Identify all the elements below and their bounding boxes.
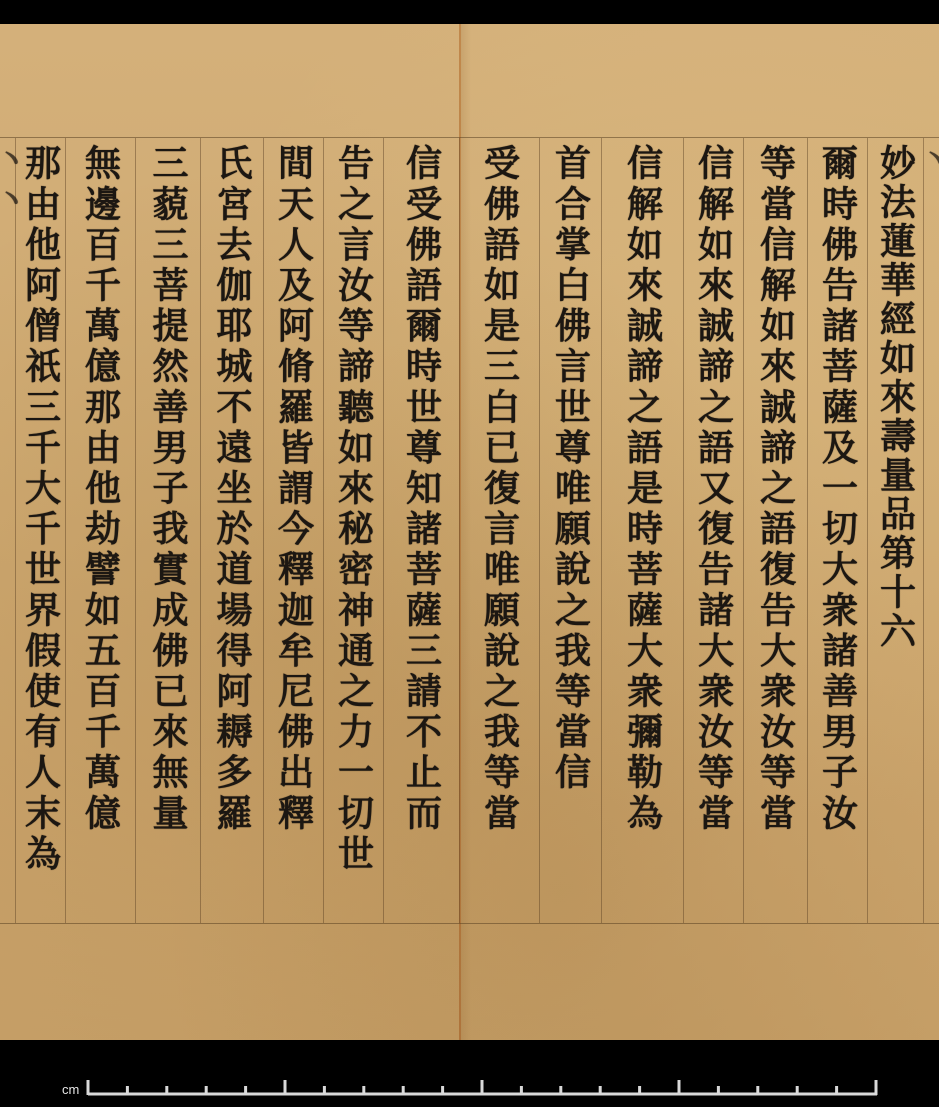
text-column-3: 等當信解如來誠諦之語復告大衆汝等當 (744, 138, 808, 923)
chapter-title: 妙法蓮華經如來壽量品第十六 (878, 144, 914, 651)
text-column-10: 間天人及阿脩羅皆謂今釋迦牟尼佛出釋 (264, 138, 324, 923)
text-column-11: 氏宮去伽耶城不遠坐於道場得阿耨多羅 (201, 138, 264, 923)
ruled-text-area: 丶丶 那由他阿僧祇三千大千世界假使有人末為 無邊百千萬億那由他劫譬如五百千萬億 … (0, 137, 939, 924)
column-text: 三藐三菩提然善男子我實成佛已來無量 (150, 144, 186, 834)
text-column-14: 那由他阿僧祇三千大千世界假使有人末為 (16, 138, 66, 923)
column-text: 首合掌白佛言世尊唯願說之我等當信 (553, 144, 589, 794)
scale-ruler (0, 1040, 939, 1107)
column-text: 受佛語如是三白已復言唯願說之我等當 (482, 144, 518, 834)
text-column-2: 爾時佛告諸菩薩及一切大衆諸善男子汝 (808, 138, 868, 923)
column-text: 爾時佛告諸菩薩及一切大衆諸善男子汝 (820, 144, 856, 834)
text-column-6: 首合掌白佛言世尊唯願說之我等當信 (540, 138, 602, 923)
column-text: 無邊百千萬億那由他劫譬如五百千萬億 (83, 144, 119, 834)
text-column-8: 信受佛語爾時世尊知諸菩薩三請不止而 (384, 138, 460, 923)
text-column-13: 無邊百千萬億那由他劫譬如五百千萬億 (66, 138, 136, 923)
column-text: 信解如來誠諦之語是時菩薩大衆彌勒為 (625, 144, 661, 834)
column-fragment-right: 丶 (924, 138, 939, 923)
text-column-7: 受佛語如是三白已復言唯願說之我等當 (460, 138, 540, 923)
chapter-title-column: 妙法蓮華經如來壽量品第十六 (868, 138, 924, 923)
column-text: 氏宮去伽耶城不遠坐於道場得阿耨多羅 (214, 144, 250, 834)
scale-bar: cm (0, 1040, 939, 1107)
text-column-12: 三藐三菩提然善男子我實成佛已來無量 (136, 138, 201, 923)
column-fragment-left: 丶丶 (0, 138, 16, 923)
column-text: 信解如來誠諦之語又復告諸大衆汝等當 (696, 144, 732, 834)
text-column-5: 信解如來誠諦之語是時菩薩大衆彌勒為 (602, 138, 684, 923)
column-text: 告之言汝等諦聽如來秘密神通之力一切世 (336, 144, 372, 875)
column-text: 等當信解如來誠諦之語復告大衆汝等當 (758, 144, 794, 834)
column-text: 信受佛語爾時世尊知諸菩薩三請不止而 (404, 144, 440, 834)
column-text: 那由他阿僧祇三千大千世界假使有人末為 (23, 144, 59, 875)
manuscript-sheet: 丶丶 那由他阿僧祇三千大千世界假使有人末為 無邊百千萬億那由他劫譬如五百千萬億 … (0, 24, 939, 1040)
column-fragment-text: 丶 (917, 144, 939, 184)
column-text: 間天人及阿脩羅皆謂今釋迦牟尼佛出釋 (276, 144, 312, 834)
text-column-4: 信解如來誠諦之語又復告諸大衆汝等當 (684, 138, 744, 923)
text-column-9: 告之言汝等諦聽如來秘密神通之力一切世 (324, 138, 384, 923)
